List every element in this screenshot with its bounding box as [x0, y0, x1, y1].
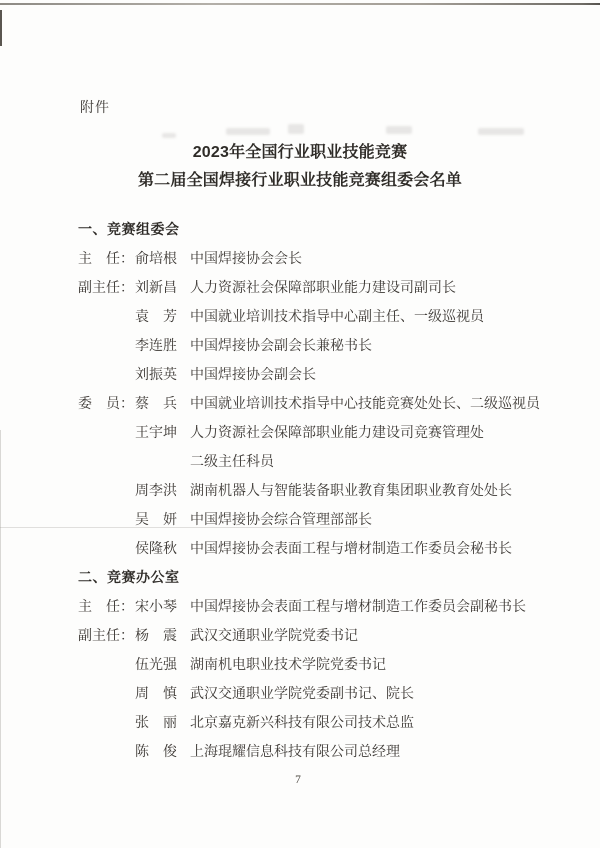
committee-row: 伍光强 湖南机电职业技术学院党委书记 [78, 650, 560, 679]
member-name: 吴 妍 [135, 505, 190, 534]
member-position-line2: 二级主任科员 [190, 447, 560, 476]
member-position: 上海琨耀信息科技有限公司总经理 [190, 737, 560, 766]
member-name: 周李洪 [135, 476, 190, 505]
member-name: 蔡 兵 [135, 389, 190, 418]
role-label: 副主任： [78, 621, 135, 650]
member-position: 湖南机器人与智能装备职业教育集团职业教育处处长 [190, 476, 560, 505]
section-heading-organizing-committee: 一、竞赛组委会 [78, 215, 560, 244]
committee-row: 刘振英 中国焊接协会副会长 [78, 360, 560, 389]
committee-row: 王宇坤 人力资源社会保障部职业能力建设司竞赛管理处 二级主任科员 [78, 418, 560, 476]
role-label: 主 任： [78, 592, 135, 621]
committee-row: 周李洪 湖南机器人与智能装备职业教育集团职业教育处处长 [78, 476, 560, 505]
scan-bleedthrough-smudge [288, 124, 304, 134]
committee-row: 张 丽 北京嘉克新兴科技有限公司技术总监 [78, 708, 560, 737]
member-position: 中国焊接协会综合管理部部长 [190, 505, 560, 534]
member-position: 中国就业培训技术指导中心技能竞赛处处长、二级巡视员 [190, 389, 560, 418]
page-number: 7 [0, 774, 596, 786]
member-position: 武汉交通职业学院党委副书记、院长 [190, 679, 560, 708]
member-position: 人力资源社会保障部职业能力建设司副司长 [190, 273, 560, 302]
committee-row: 吴 妍 中国焊接协会综合管理部部长 [78, 505, 560, 534]
member-name: 袁 芳 [135, 302, 190, 331]
member-name: 刘振英 [135, 360, 190, 389]
member-position: 中国焊接协会副会长 [190, 360, 560, 389]
document-title-line1: 2023年全国行业职业技能竞赛 [0, 139, 600, 167]
committee-row: 副主任： 刘新昌 人力资源社会保障部职业能力建设司副司长 [78, 273, 560, 302]
member-position: 人力资源社会保障部职业能力建设司竞赛管理处 二级主任科员 [190, 418, 560, 476]
scan-bleedthrough-smudge [162, 133, 176, 138]
document-title: 2023年全国行业职业技能竞赛 第二届全国焊接行业职业技能竞赛组委会名单 [0, 139, 600, 194]
scan-bleedthrough-smudge [478, 128, 524, 135]
committee-row: 侯隆秋 中国焊接协会表面工程与增材制造工作委员会秘书长 [78, 534, 560, 563]
member-name: 伍光强 [135, 650, 190, 679]
member-name: 杨 震 [135, 621, 190, 650]
attachment-label: 附件 [80, 97, 110, 117]
member-position: 中国焊接协会副会长兼秘书长 [190, 331, 560, 360]
member-name: 陈 俊 [135, 737, 190, 766]
committee-list: 一、竞赛组委会 主 任： 俞培根 中国焊接协会会长 副主任： 刘新昌 人力资源社… [78, 215, 560, 766]
member-position: 中国焊接协会表面工程与增材制造工作委员会副秘书长 [190, 592, 560, 621]
committee-row: 陈 俊 上海琨耀信息科技有限公司总经理 [78, 737, 560, 766]
role-label: 委 员： [78, 389, 135, 418]
member-name: 李连胜 [135, 331, 190, 360]
member-name: 侯隆秋 [135, 534, 190, 563]
role-label: 主 任： [78, 244, 135, 273]
scan-edge-top-line [0, 3, 600, 5]
committee-row: 委 员： 蔡 兵 中国就业培训技术指导中心技能竞赛处处长、二级巡视员 [78, 389, 560, 418]
section-heading-competition-office: 二、竞赛办公室 [78, 563, 560, 592]
committee-row: 袁 芳 中国就业培训技术指导中心副主任、一级巡视员 [78, 302, 560, 331]
committee-row: 副主任： 杨 震 武汉交通职业学院党委书记 [78, 621, 560, 650]
scan-edge-left-mark [0, 10, 2, 46]
committee-row: 主 任： 俞培根 中国焊接协会会长 [78, 244, 560, 273]
member-name: 张 丽 [135, 708, 190, 737]
member-position: 湖南机电职业技术学院党委书记 [190, 650, 560, 679]
scan-bleedthrough-smudge [386, 126, 412, 134]
member-position: 中国就业培训技术指导中心副主任、一级巡视员 [190, 302, 560, 331]
member-position: 武汉交通职业学院党委书记 [190, 621, 560, 650]
member-name: 刘新昌 [135, 273, 190, 302]
role-label: 副主任： [78, 273, 135, 302]
committee-row: 周 慎 武汉交通职业学院党委副书记、院长 [78, 679, 560, 708]
member-position-line1: 人力资源社会保障部职业能力建设司竞赛管理处 [190, 418, 560, 447]
member-name: 宋小琴 [135, 592, 190, 621]
document-title-line2: 第二届全国焊接行业职业技能竞赛组委会名单 [0, 167, 600, 195]
member-position: 中国焊接协会表面工程与增材制造工作委员会秘书长 [190, 534, 560, 563]
member-position: 北京嘉克新兴科技有限公司技术总监 [190, 708, 560, 737]
member-name: 周 慎 [135, 679, 190, 708]
scan-bleedthrough-smudge [226, 128, 270, 135]
scanned-document-page: 附件 2023年全国行业职业技能竞赛 第二届全国焊接行业职业技能竞赛组委会名单 … [0, 0, 600, 848]
member-name: 王宇坤 [135, 418, 190, 447]
member-position: 中国焊接协会会长 [190, 244, 560, 273]
member-name: 俞培根 [135, 244, 190, 273]
committee-row: 主 任： 宋小琴 中国焊接协会表面工程与增材制造工作委员会副秘书长 [78, 592, 560, 621]
committee-row: 李连胜 中国焊接协会副会长兼秘书长 [78, 331, 560, 360]
